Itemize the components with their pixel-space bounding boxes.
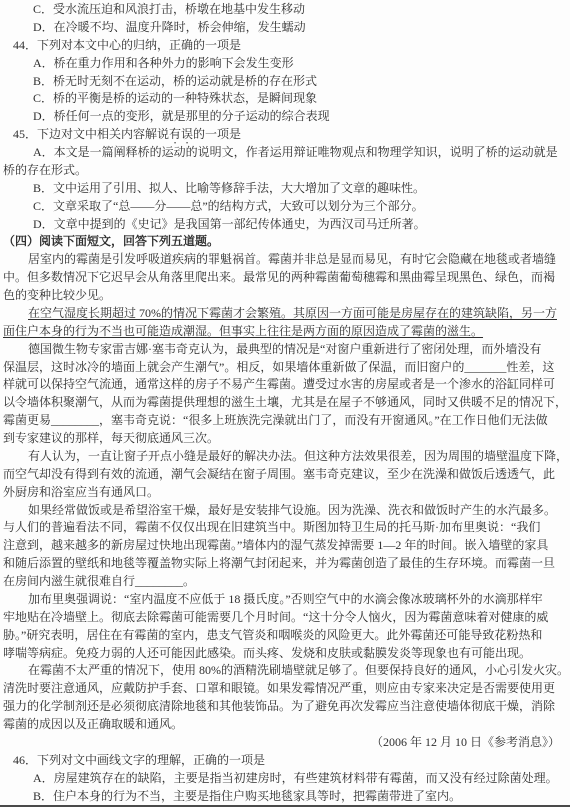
body-text-line: 有人认为，一直让窗子开点小缝是最好的解决办法。但这种方法效果很差，因为周围的墙壁… xyxy=(0,448,570,466)
question-line: 44．下列对本文中心的归纳，正确的一项是 xyxy=(0,37,570,55)
option-line: D．在冷暖不均、温度升降时，桥会伸缩，发生蠕动 xyxy=(0,19,570,37)
underlined-text-line: 面住户本身的行为不当也可能造成潮湿。但事实上往往是两方面的原因造成了霉菌的滋生。 xyxy=(0,323,570,341)
underlined-text-line: 样就可以保持空气流通，通常这样的房子不易产生霉菌。遭受过水害的房屋或者是一个渗水… xyxy=(0,376,570,394)
underlined-text-line: 以令墙体积聚潮气，从而为霉菌提供理想的滋生土壤，尤其是在屋子不够通风，同时又供暖… xyxy=(0,394,570,412)
question-line: 45．下边对文中相关内容解说有误的一项是 xyxy=(0,126,570,144)
underlined-text-line: 牢地贴在冷墙壁上。彻底去除霉菌可能需要几个月时间。“这十分令人恼火，因为霉菌意味… xyxy=(0,609,570,627)
underlined-text-line: 注意到，越来越多的新房屋过快地出现霉菌。”墙体内的湿气蒸发掉需要 1—2 年的时… xyxy=(0,537,570,555)
underlined-text-line: 胁。”研究表明，居住在有霉菌的室内，患支气管炎和咽喉炎的风险更大。此外霉菌还可能… xyxy=(0,627,570,645)
citation-line: （2006 年 12 月 10 日《参考消息》） xyxy=(0,734,570,752)
body-text-line: 如果经常做饭或是希望浴室干燥，最好是安装排气设施。因为洗澡、洗衣和做饭时产生的水… xyxy=(0,502,570,520)
underlined-text-line: 与人们的普遍看法不同，霉菌不仅仅出现在旧建筑当中。斯图加特卫生局的托马斯·加布里… xyxy=(0,519,570,537)
underlined-text-line: 在房间内滋生就很难自行________。 xyxy=(0,573,570,591)
option-line: A．本文是一篇阐释桥的运动的说明文，作者运用辩证唯物观点和物理学知识，说明了桥的… xyxy=(0,144,570,162)
text-segment: 45．下边对文中相关内容解说 xyxy=(13,127,169,141)
underlined-text-line: 清洗时要注意通风，应戴防护手套、口罩和眼镜。如果发霉情况严重，则应由专家来决定是… xyxy=(0,680,570,698)
underlined-text-line: 在空气湿度长期超过 70%的情况下霉菌才会繁殖。其原因一方面可能是房屋存在的建筑… xyxy=(0,305,570,323)
body-text-line: 居室内的霉菌是引发呼吸道疾病的罪魁祸首。霉菌并非总是显而易见，有时它会隐藏在地毯… xyxy=(0,251,570,269)
body-text-line: 德国微生物专家雷吉娜·塞韦奇克认为，最典型的情况是“对窗户重新进行了密闭处理，而… xyxy=(0,341,570,359)
option-line: A．桥在重力作用和各种外力的影响下会发生变形 xyxy=(0,55,570,73)
underlined-text-line: 而空气却没有得到有效的流通，潮气会凝结在窗子周围。塞韦奇克建议，至少在洗澡和做饭… xyxy=(0,466,570,484)
section-header-line: （四）阅读下面短文，回答下列五道题。 xyxy=(0,233,570,251)
body-text-line: 加布里奥强调说：“室内温度不应低于 18 摄氏度。”否则空气中的水滴会像冰玻璃杯… xyxy=(0,591,570,609)
body-text-line: 在霉菌不太严重的情况下，使用 80%的酒精洗刷墙壁就足够了。但要保持良好的通风，… xyxy=(0,662,570,680)
underlined-text-line: 保温层，这时冰冷的墙面上就会产生潮气”。相反，如果墙体重新做了保温，而旧窗户的_… xyxy=(0,359,570,377)
underlined-text-line: 中。但多数情况下它迟早会从角落里爬出来。最常见的两种霉菌葡萄穗霉和黑曲霉呈现黑色… xyxy=(0,269,570,287)
option-line: A．房屋建筑存在的缺陷，主要是指当初建房时，有些建筑材料带有霉菌，而又没有经过除… xyxy=(0,770,570,788)
underlined-text-line: 霉菌更易________，塞韦奇克说：“很多上班族洗完澡就出门了，而没有开窗通风… xyxy=(0,412,570,430)
document-body: C．受水流压迫和风浪打击，桥墩在地基中发生移动D．在冷暖不均、温度升降时，桥会伸… xyxy=(0,1,570,805)
option-line: B．文中运用了引用、拟人、比喻等修辞手法，大大增加了文章的趣味性。 xyxy=(0,180,570,198)
option-line: B．住户本身的行为不当，主要是指住户购买地毯家具等时，把霉菌带进了室内。 xyxy=(0,788,570,806)
option-line: C．桥的平衡是桥的运动的一种特殊状态，是瞬间现象 xyxy=(0,90,570,108)
underlined-text-line: 色的变种比较少见。 xyxy=(0,287,570,305)
option-line: C．文章采取了“总——分——总”的结构方式，大致可以划分为三个部分。 xyxy=(0,198,570,216)
underlined-text-line: 强力的化学制剂还是必须彻底清除地毯和其他装饰品。为了避免再次发霉应当注意使墙体彻… xyxy=(0,698,570,716)
underlined-text-line: 霉菌的成因以及正确取暖和通风。 xyxy=(0,716,570,734)
option-line: D．文章中提到的《史记》是我国第一部纪传体通史，为西汉司马迁所著。 xyxy=(0,216,570,234)
exam-page: C．受水流压迫和风浪打击，桥墩在地基中发生移动D．在冷暖不均、温度升降时，桥会伸… xyxy=(0,0,570,807)
option-line: B．桥无时无刻不在运动，桥的运动就是桥的存在形式 xyxy=(0,73,570,91)
option-line: C．受水流压迫和风浪打击，桥墩在地基中发生移动 xyxy=(0,1,570,19)
question-line: 46．下列对文中画线文字的理解，正确的一项是 xyxy=(0,752,570,770)
underlined-text-line: 桥的存在形式。 xyxy=(0,162,570,180)
underlined-text-line: 和随后添置的壁纸和地毯等覆盖物实际上将潮气封闭起来，并为霉菌创造了最佳的生存环境… xyxy=(0,555,570,573)
option-line: D．桥任何一点的变形，就是那里的分子运动的综合表现 xyxy=(0,108,570,126)
underlined-text-line: 到专家建议的那样，每天彻底通风三次。 xyxy=(0,430,570,448)
underlined-text-line: 外厨房和浴室应当有通风口。 xyxy=(0,484,570,502)
emphasized-text: 有误 xyxy=(169,127,193,141)
underlined-text-line: 哮喘等病症。免疫力弱的人还可能因此感染。而头疼、发烧和皮肤或黏膜发炎等现象也有可… xyxy=(0,645,570,663)
text-segment: 的一项是 xyxy=(193,127,241,141)
